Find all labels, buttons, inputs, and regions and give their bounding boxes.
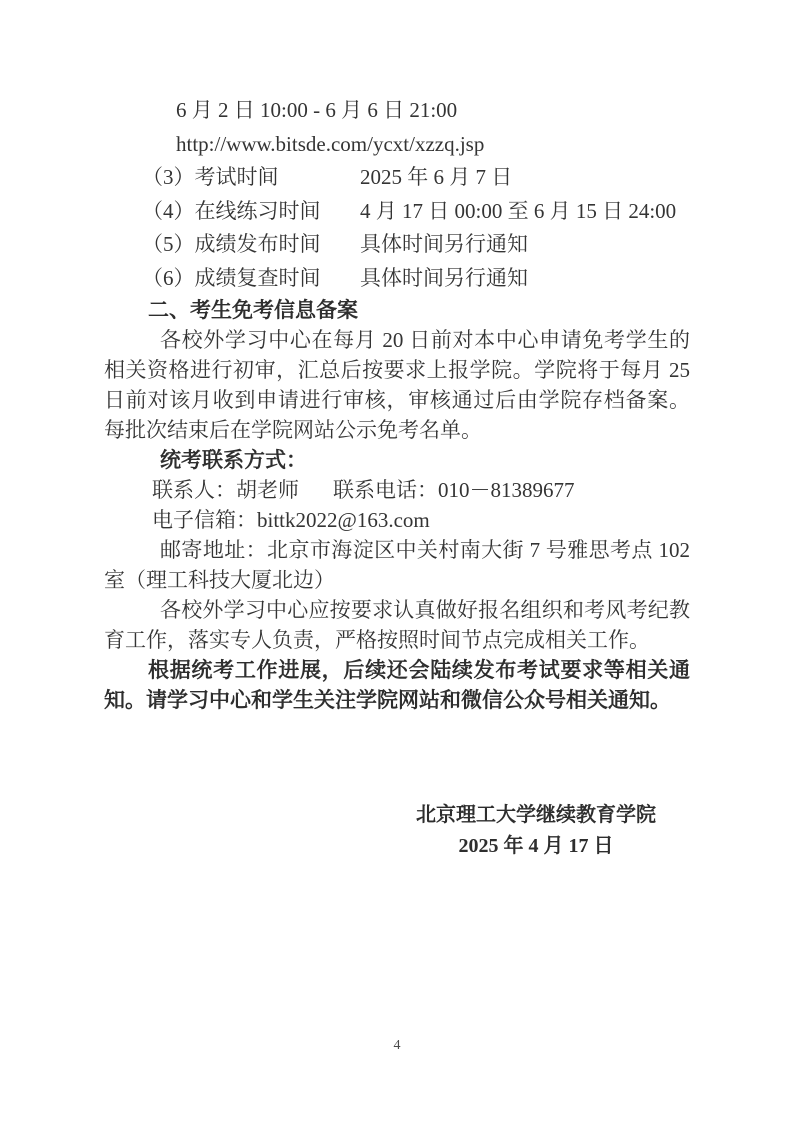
schedule-block: 6 月 2 日 10:00 - 6 月 6 日 21:00 http://www… (104, 94, 690, 295)
schedule-time-range-line: 6 月 2 日 10:00 - 6 月 6 日 21:00 (104, 94, 690, 128)
contact-phone: 联系电话：010－81389677 (333, 478, 575, 502)
schedule-item-label: （6）成绩复查时间 (104, 262, 360, 296)
contact-address-paragraph: 邮寄地址：北京市海淀区中关村南大街 7 号雅思考点 102 室（理工科技大厦北边… (104, 535, 690, 595)
schedule-item-row: （3）考试时间 2025 年 6 月 7 日 (104, 161, 690, 195)
schedule-item-value: 4 月 17 日 00:00 至 6 月 15 日 24:00 (360, 195, 690, 229)
signature-date: 2025 年 4 月 17 日 (416, 831, 656, 862)
schedule-item-row: （6）成绩复查时间 具体时间另行通知 (104, 262, 690, 296)
schedule-url-line: http://www.bitsde.com/ycxt/xzzq.jsp (104, 128, 690, 162)
exemption-paragraph: 各校外学习中心在每月 20 日前对本中心申请免考学生的相关资格进行初审，汇总后按… (104, 325, 690, 445)
contact-heading: 统考联系方式： (104, 445, 690, 475)
page-number: 4 (0, 1038, 794, 1054)
schedule-item-label: （5）成绩发布时间 (104, 228, 360, 262)
schedule-item-row: （5）成绩发布时间 具体时间另行通知 (104, 228, 690, 262)
exemption-section-heading: 二、考生免考信息备案 (104, 295, 690, 325)
followup-paragraph: 根据统考工作进展，后续还会陆续发布考试要求等相关通知。请学习中心和学生关注学院网… (104, 655, 690, 715)
signature-organization: 北京理工大学继续教育学院 (416, 800, 656, 831)
schedule-item-value: 具体时间另行通知 (360, 228, 690, 262)
schedule-item-row: （4）在线练习时间 4 月 17 日 00:00 至 6 月 15 日 24:0… (104, 195, 690, 229)
document-page: 6 月 2 日 10:00 - 6 月 6 日 21:00 http://www… (0, 0, 794, 1123)
contact-email-line: 电子信箱：bittk2022@163.com (104, 505, 690, 535)
requirement-paragraph: 各校外学习中心应按要求认真做好报名组织和考风考纪教育工作，落实专人负责，严格按照… (104, 595, 690, 655)
contact-person: 联系人：胡老师 (152, 478, 299, 502)
schedule-item-value: 具体时间另行通知 (360, 262, 690, 296)
schedule-item-value: 2025 年 6 月 7 日 (360, 161, 690, 195)
signature-block: 北京理工大学继续教育学院 2025 年 4 月 17 日 (416, 800, 656, 862)
document-content: 6 月 2 日 10:00 - 6 月 6 日 21:00 http://www… (104, 94, 690, 862)
schedule-item-label: （3）考试时间 (104, 161, 360, 195)
contact-person-phone-line: 联系人：胡老师联系电话：010－81389677 (104, 475, 690, 505)
body-block: 二、考生免考信息备案 各校外学习中心在每月 20 日前对本中心申请免考学生的相关… (104, 295, 690, 862)
schedule-item-label: （4）在线练习时间 (104, 195, 360, 229)
